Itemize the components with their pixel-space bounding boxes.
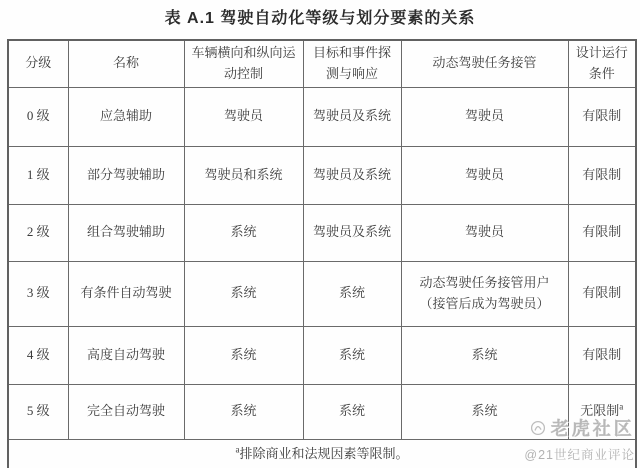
level-cell: 4 级 bbox=[8, 326, 68, 384]
name-cell: 高度自动驾驶 bbox=[68, 326, 184, 384]
table-row-level-0: 0 级 应急辅助 驾驶员 驾驶员及系统 驾驶员 有限制 bbox=[8, 87, 636, 146]
odc-value: 无限制 bbox=[580, 403, 619, 418]
footnote-row: a排除商业和法规因素等限制。 bbox=[8, 439, 636, 468]
header-row: 分级 名称 车辆横向和纵向运动控制 目标和事件探测与响应 动态驾驶任务接管 设计… bbox=[8, 40, 636, 87]
odc-cell: 有限制 bbox=[568, 146, 636, 204]
name-cell: 应急辅助 bbox=[68, 87, 184, 146]
detection-response-cell: 系统 bbox=[303, 384, 401, 439]
detection-response-cell: 系统 bbox=[303, 326, 401, 384]
detection-response-cell: 系统 bbox=[303, 261, 401, 326]
name-cell: 有条件自动驾驶 bbox=[68, 261, 184, 326]
footnote-text: 排除商业和法规因素等限制。 bbox=[239, 446, 408, 461]
odc-cell: 无限制a bbox=[568, 384, 636, 439]
odc-cell: 有限制 bbox=[568, 326, 636, 384]
detection-response-cell: 驾驶员及系统 bbox=[303, 204, 401, 261]
table-row-level-4: 4 级 高度自动驾驶 系统 系统 系统 有限制 bbox=[8, 326, 636, 384]
footnote-marker: a bbox=[619, 402, 623, 412]
takeover-cell: 系统 bbox=[401, 384, 568, 439]
level-cell: 1 级 bbox=[8, 146, 68, 204]
motion-control-cell: 系统 bbox=[184, 261, 303, 326]
name-cell: 完全自动驾驶 bbox=[68, 384, 184, 439]
name-cell: 组合驾驶辅助 bbox=[68, 204, 184, 261]
motion-control-cell: 驾驶员和系统 bbox=[184, 146, 303, 204]
odc-cell: 有限制 bbox=[568, 87, 636, 146]
footnote-cell: a排除商业和法规因素等限制。 bbox=[8, 439, 636, 468]
col-header-detection-response: 目标和事件探测与响应 bbox=[303, 40, 401, 87]
table-row-level-5: 5 级 完全自动驾驶 系统 系统 系统 无限制a bbox=[8, 384, 636, 439]
level-cell: 5 级 bbox=[8, 384, 68, 439]
col-header-name: 名称 bbox=[68, 40, 184, 87]
takeover-cell: 系统 bbox=[401, 326, 568, 384]
table-title: 表 A.1 驾驶自动化等级与划分要素的关系 bbox=[0, 5, 640, 28]
col-header-odc: 设计运行条件 bbox=[568, 40, 636, 87]
takeover-cell: 驾驶员 bbox=[401, 146, 568, 204]
detection-response-cell: 驾驶员及系统 bbox=[303, 146, 401, 204]
table-row-level-3: 3 级 有条件自动驾驶 系统 系统 动态驾驶任务接管用户（接管后成为驾驶员） 有… bbox=[8, 261, 636, 326]
driving-automation-levels-table: 分级 名称 车辆横向和纵向运动控制 目标和事件探测与响应 动态驾驶任务接管 设计… bbox=[7, 39, 637, 468]
col-header-level: 分级 bbox=[8, 40, 68, 87]
table-row-level-2: 2 级 组合驾驶辅助 系统 驾驶员及系统 驾驶员 有限制 bbox=[8, 204, 636, 261]
name-cell: 部分驾驶辅助 bbox=[68, 146, 184, 204]
document-page: 表 A.1 驾驶自动化等级与划分要素的关系 分级 名称 车辆横向和纵向运动控制 … bbox=[0, 0, 640, 468]
col-header-motion-control: 车辆横向和纵向运动控制 bbox=[184, 40, 303, 87]
odc-cell: 有限制 bbox=[568, 261, 636, 326]
takeover-cell: 驾驶员 bbox=[401, 87, 568, 146]
level-cell: 3 级 bbox=[8, 261, 68, 326]
level-cell: 0 级 bbox=[8, 87, 68, 146]
table-row-level-1: 1 级 部分驾驶辅助 驾驶员和系统 驾驶员及系统 驾驶员 有限制 bbox=[8, 146, 636, 204]
motion-control-cell: 驾驶员 bbox=[184, 87, 303, 146]
detection-response-cell: 驾驶员及系统 bbox=[303, 87, 401, 146]
motion-control-cell: 系统 bbox=[184, 204, 303, 261]
motion-control-cell: 系统 bbox=[184, 384, 303, 439]
level-cell: 2 级 bbox=[8, 204, 68, 261]
odc-cell: 有限制 bbox=[568, 204, 636, 261]
col-header-takeover: 动态驾驶任务接管 bbox=[401, 40, 568, 87]
takeover-cell: 驾驶员 bbox=[401, 204, 568, 261]
motion-control-cell: 系统 bbox=[184, 326, 303, 384]
takeover-cell: 动态驾驶任务接管用户（接管后成为驾驶员） bbox=[401, 261, 568, 326]
